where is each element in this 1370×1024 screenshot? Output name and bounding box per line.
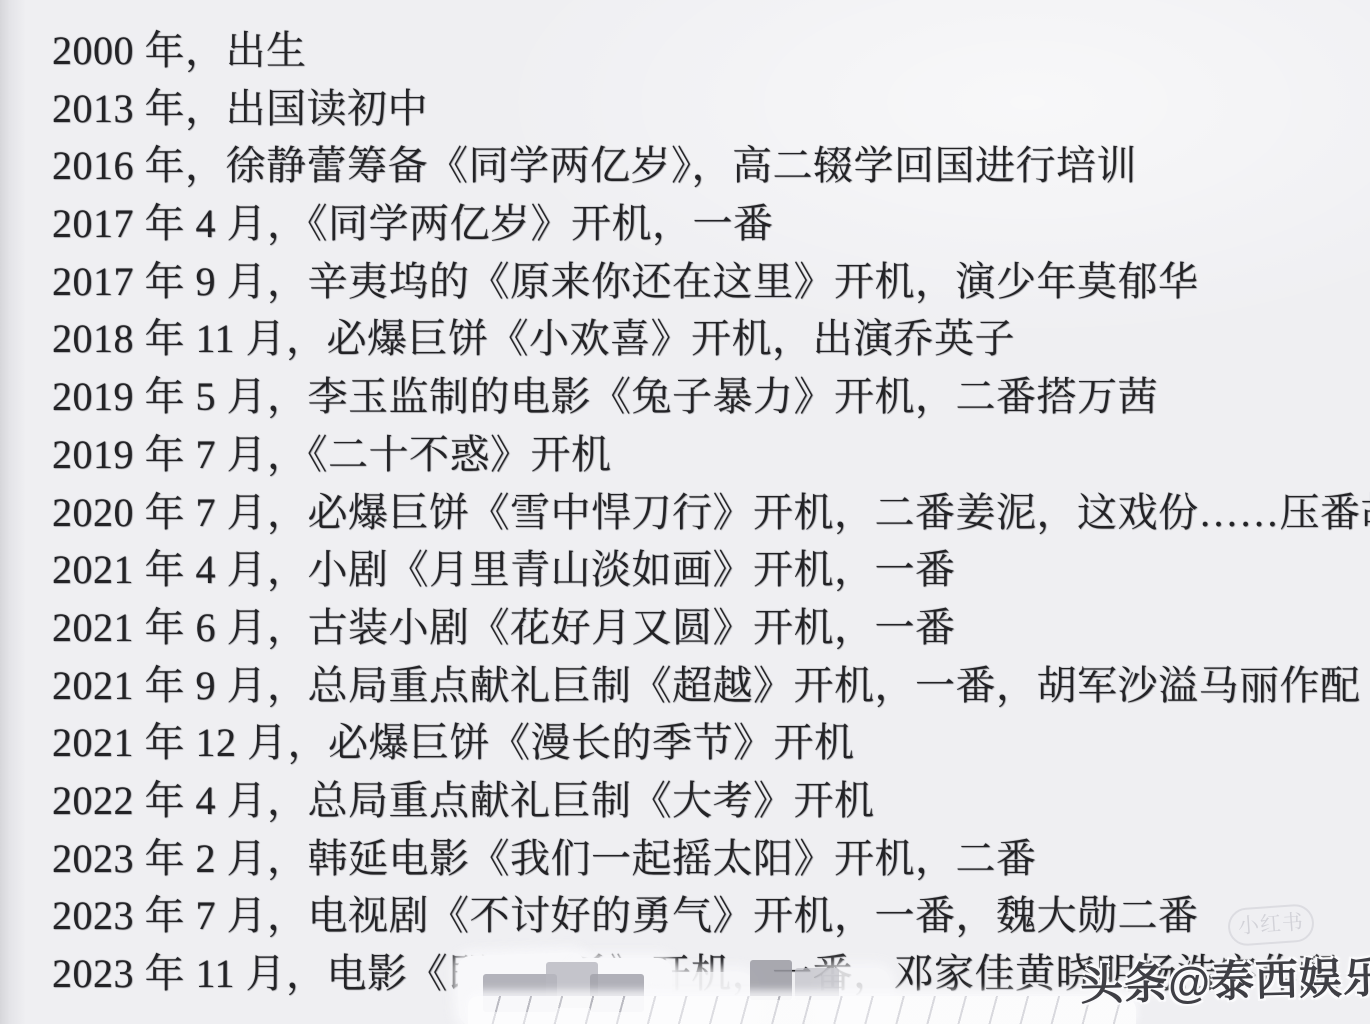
timeline-entry: 2022 年 4 月，总局重点献礼巨制《大考》开机 — [52, 772, 1370, 830]
credit-watermark: 头条@泰西娱乐 — [1079, 944, 1370, 1013]
timeline-entry: 2013 年，出国读初中 — [52, 80, 1370, 138]
timeline-entry: 2017 年 9 月，辛夷坞的《原来你还在这里》开机，演少年莫郁华 — [52, 253, 1370, 311]
timeline-entry: 2000 年，出生 — [52, 22, 1370, 80]
timeline-entry: 2021 年 6 月，古装小剧《花好月又圆》开机，一番 — [52, 599, 1370, 657]
timeline-entry: 2017 年 4 月，《同学两亿岁》开机，一番 — [52, 195, 1370, 253]
timeline-entry: 2019 年 7 月，《二十不惑》开机 — [52, 426, 1370, 484]
timeline-document: 2000 年，出生 2013 年，出国读初中 2016 年，徐静蕾筹备《同学两亿… — [0, 0, 1370, 1024]
timeline-entry: 2019 年 5 月，李玉监制的电影《兔子暴力》开机，二番搭万茜 — [52, 368, 1370, 426]
timeline-entry: 2021 年 9 月，总局重点献礼巨制《超越》开机，一番，胡军沙溢马丽作配 — [52, 657, 1370, 715]
photographed-document: { "colors": { "background": "#efeff2", "… — [0, 0, 1370, 1024]
timeline-entry: 2021 年 12 月，必爆巨饼《漫长的季节》开机 — [52, 714, 1370, 772]
timeline-entry: 2018 年 11 月，必爆巨饼《小欢喜》开机，出演乔英子 — [52, 310, 1370, 368]
timeline-entry: 2023 年 2 月，韩延电影《我们一起摇太阳》开机，二番 — [52, 830, 1370, 888]
timeline-entry: 2023 年 7 月，电视剧《不讨好的勇气》开机，一番，魏大勋二番 — [52, 887, 1370, 945]
xiaohongshu-watermark-badge: 小红书 — [1227, 903, 1315, 947]
timeline-entry: 2020 年 7 月，必爆巨饼《雪中悍刀行》开机，二番姜泥，这戏份……压番胡军 — [52, 484, 1370, 542]
torn-edge-blur-strip — [468, 996, 1136, 1024]
timeline-entry: 2021 年 4 月，小剧《月里青山淡如画》开机，一番 — [52, 541, 1370, 599]
timeline-entry: 2016 年，徐静蕾筹备《同学两亿岁》，高二辍学回国进行培训 — [52, 137, 1370, 195]
mosaic-block — [750, 960, 792, 1000]
